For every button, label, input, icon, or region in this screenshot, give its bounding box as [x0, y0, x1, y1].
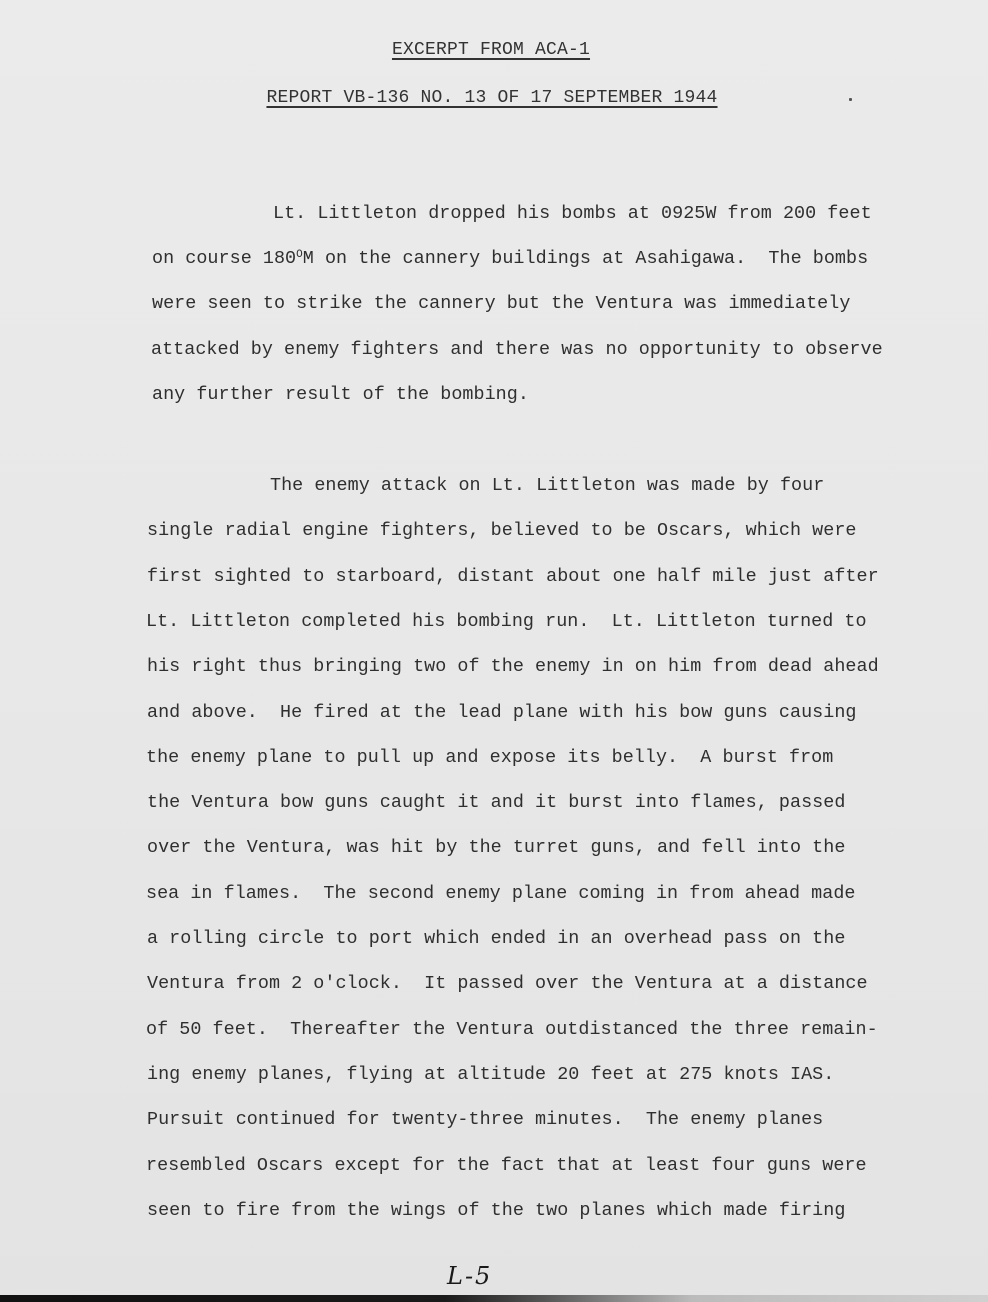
text-line: resembled Oscars except for the fact tha…: [146, 1155, 867, 1176]
text-line: his right thus bringing two of the enemy…: [147, 656, 879, 677]
scan-edge-strip: [0, 1295, 988, 1302]
text-line: Ventura from 2 o'clock. It passed over t…: [147, 973, 868, 994]
document-page: EXCERPT FROM ACA-1 REPORT VB-136 NO. 13 …: [0, 0, 988, 1302]
text-line: The enemy attack on Lt. Littleton was ma…: [270, 475, 824, 496]
text-line: on course 180OM on the cannery buildings…: [152, 248, 868, 269]
text-line: were seen to strike the cannery but the …: [152, 293, 850, 314]
text-line: the enemy plane to pull up and expose it…: [146, 747, 833, 768]
text-line: sea in flames. The second enemy plane co…: [146, 883, 856, 904]
heading-excerpt-text: EXCERPT FROM ACA-1: [392, 40, 590, 60]
text-line: a rolling circle to port which ended in …: [147, 928, 845, 949]
document-heading-excerpt: EXCERPT FROM ACA-1: [0, 40, 985, 60]
document-heading-report: REPORT VB-136 NO. 13 OF 17 SEPTEMBER 194…: [0, 88, 986, 108]
text-line: of 50 feet. Thereafter the Ventura outdi…: [146, 1019, 878, 1040]
text-line: single radial engine fighters, believed …: [147, 520, 857, 541]
text-line: any further result of the bombing.: [152, 384, 529, 405]
text-line: first sighted to starboard, distant abou…: [147, 566, 879, 587]
text-line: the Ventura bow guns caught it and it bu…: [147, 792, 845, 813]
heading-report-text: REPORT VB-136 NO. 13 OF 17 SEPTEMBER 194…: [266, 88, 717, 108]
text-line: attacked by enemy fighters and there was…: [151, 339, 883, 360]
text-line: seen to fire from the wings of the two p…: [147, 1200, 845, 1221]
text-line: Lt. Littleton completed his bombing run.…: [146, 611, 867, 632]
text-line: ing enemy planes, flying at altitude 20 …: [147, 1064, 834, 1085]
handwritten-page-number: L-5: [447, 1262, 492, 1290]
text-line: Lt. Littleton dropped his bombs at 0925W…: [273, 203, 872, 224]
degree-mark: O: [296, 249, 303, 261]
text-line: over the Ventura, was hit by the turret …: [147, 837, 845, 858]
text-line: and above. He fired at the lead plane wi…: [147, 702, 857, 723]
paper-speck: [849, 98, 852, 101]
text-line: Pursuit continued for twenty-three minut…: [147, 1109, 823, 1130]
